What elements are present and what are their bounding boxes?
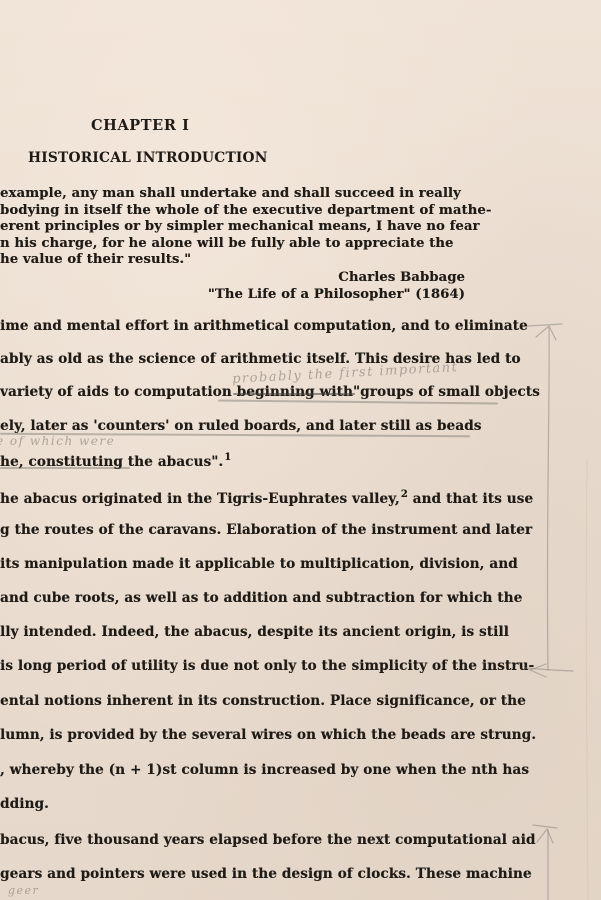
- body-text: "groups of small objects: [353, 384, 540, 400]
- epigraph-source: "The Life of a Philosopher" (1864): [208, 287, 465, 302]
- body-text: and that its use: [408, 491, 533, 507]
- body-line: lly intended. Indeed, the abacus, despit…: [0, 624, 509, 640]
- pencil-annotation: e of which were: [0, 434, 115, 448]
- body-line: ely, later as 'counters' on ruled boards…: [0, 418, 482, 434]
- epigraph-author: Charles Babbage: [338, 270, 465, 285]
- epigraph-line: example, any man shall undertake and sha…: [0, 186, 461, 201]
- pencil-annotation: geer: [8, 884, 39, 897]
- body-line: and cube roots, as well as to addition a…: [0, 590, 522, 606]
- epigraph-line: he value of their results.": [0, 252, 191, 267]
- body-line: variety of aids to computation beginning…: [0, 384, 540, 400]
- epigraph-line: n his charge, for he alone will be fully…: [0, 236, 454, 251]
- chapter-title: HISTORICAL INTRODUCTION: [28, 150, 268, 166]
- body-line: g the routes of the caravans. Elaboratio…: [0, 522, 532, 538]
- footnote-marker[interactable]: 2: [401, 489, 408, 500]
- document-page: CHAPTER I HISTORICAL INTRODUCTION exampl…: [0, 0, 601, 900]
- body-text: variety of aids to computation: [0, 384, 237, 400]
- pencil-underline: [0, 467, 130, 469]
- footnote-marker[interactable]: 1: [224, 452, 231, 463]
- body-line: ime and mental effort in arithmetical co…: [0, 318, 528, 334]
- body-line: ental notions inherent in its constructi…: [0, 693, 526, 709]
- body-line: is long period of utility is due not onl…: [0, 658, 534, 674]
- epigraph-line: erent principles or by simpler mechanica…: [0, 219, 480, 234]
- body-line: its manipulation made it applicable to m…: [0, 556, 518, 572]
- body-line: dding.: [0, 796, 49, 812]
- body-line: lumn, is provided by the several wires o…: [0, 727, 536, 743]
- body-text: he abacus originated in the Tigris-Euphr…: [0, 491, 400, 507]
- pencil-underline: [218, 400, 498, 405]
- body-line: , whereby the (n + 1)st column is increa…: [0, 762, 529, 778]
- body-line: gears and pointers were used in the desi…: [0, 866, 532, 882]
- chapter-label: CHAPTER I: [91, 117, 190, 134]
- body-line: he abacus originated in the Tigris-Euphr…: [0, 489, 533, 507]
- body-line: bacus, five thousand years elapsed befor…: [0, 832, 536, 848]
- struck-text: beginning with: [237, 384, 353, 400]
- epigraph-line: bodying in itself the whole of the execu…: [0, 203, 491, 218]
